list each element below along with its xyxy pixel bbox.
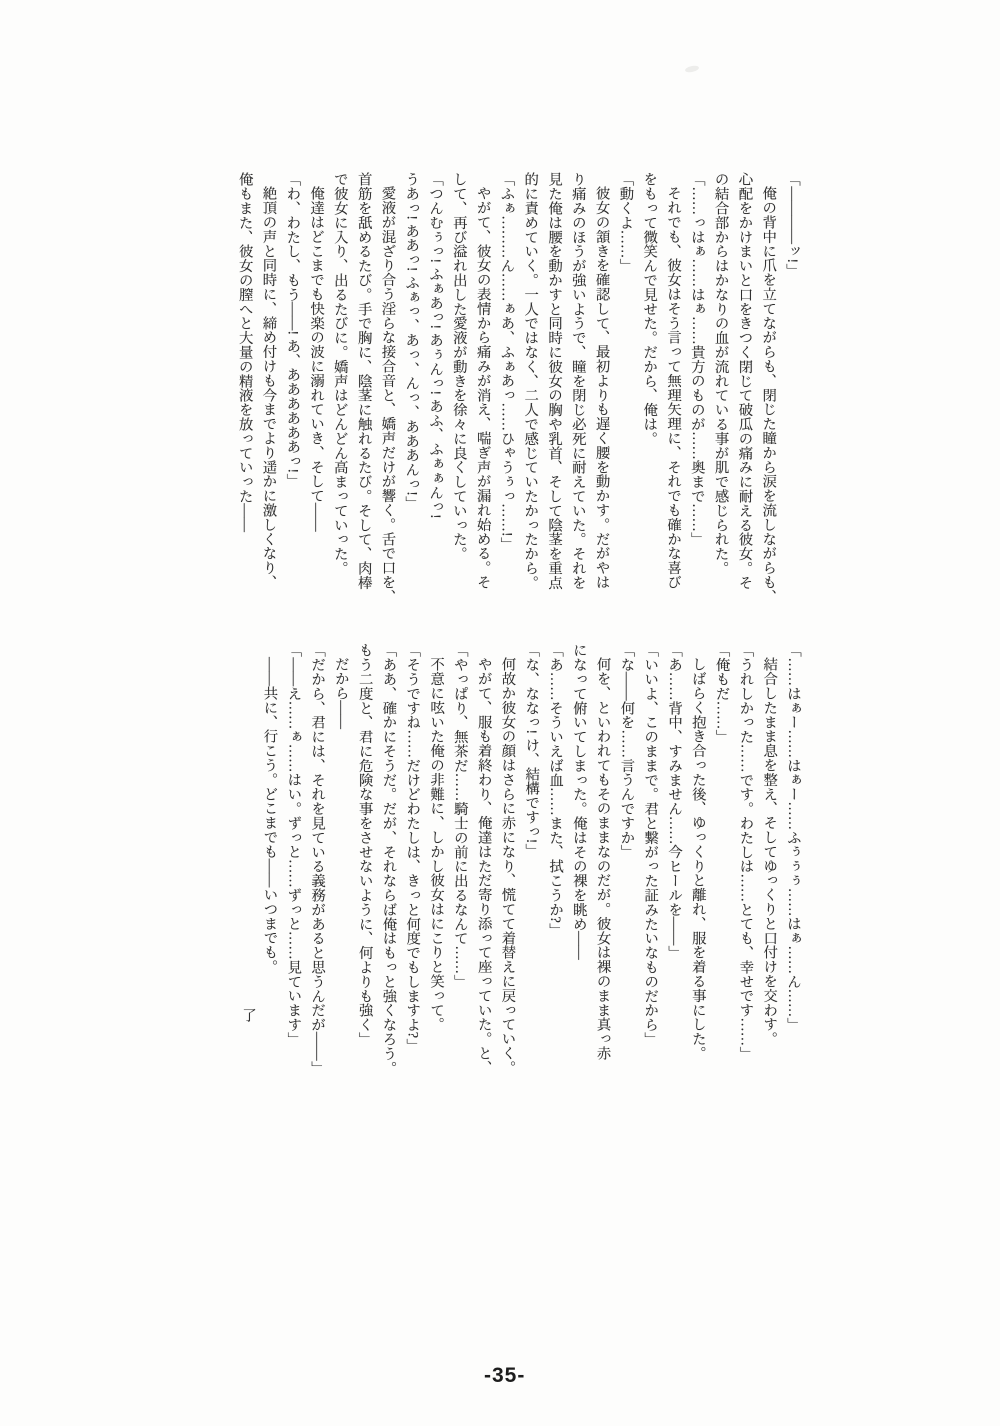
text-column-22: 「わ、わたし、もう――! あ、ああああああっ!」: [279, 172, 303, 614]
text-column-8: 「な――何を……言うんですか」: [614, 643, 638, 1085]
text-column-4: の結合部からはかなりの血が流れている事が肌で感じられた。: [708, 172, 732, 614]
text-column-3: 「うれしかった……です。わたしは……とても、幸せです……」: [733, 643, 757, 1085]
text-column-16: 「つんむぅっ! ふぁあっ! あぅんっ! あふ、ふぁぁんっ!: [422, 172, 446, 614]
upper-text-block: 「――――ッ!」俺の背中に爪を立てながらも、閉じた瞳から涙を流しながらも、心配を…: [231, 172, 803, 614]
text-column-2: 俺の背中に爪を立てながらも、閉じた瞳から涙を流しながらも、: [755, 172, 779, 614]
text-column-5: 「……っはぁ……はぁ……貴方のものが……奥まで……」: [684, 172, 708, 614]
text-column-11: 「あ……そういえば血……また、拭こうか?」: [542, 643, 566, 1085]
text-column-16: 不意に呟いた俺の非難に、しかし彼女はにこりと笑って。: [423, 643, 447, 1085]
text-column-10: り痛みのほうが強いようで、瞳を閉じ必死に耐えていた。それを: [565, 172, 589, 614]
text-column-23: ――共に、行こう。どこまでも――いつまでも。: [257, 643, 281, 1085]
text-column-20: だから――: [328, 643, 352, 1085]
text-column-17: 「そうですね……だけどわたしは、きっと何度でもしますよ?」: [399, 643, 423, 1085]
text-column-1: 「――――ッ!」: [779, 172, 803, 614]
text-column-5: しばらく抱き合った後、ゆっくりと離れ、服を着る事にした。: [685, 643, 709, 1085]
text-column-19: 首筋を舐めるたび。手で胸に、陰茎に触れるたび。そして、肉棒: [351, 172, 375, 614]
text-column-21: 俺達はどこまでも快楽の波に溺れていき、そして――: [303, 172, 327, 614]
text-column-23: 絶頂の声と同時に、締め付けも今までより遥かに激しくなり、: [256, 172, 280, 614]
end-mark: 了: [238, 1008, 259, 1022]
page-number: -35-: [484, 1364, 525, 1388]
text-column-15: 「やっぱり、無茶だ……騎士の前に出るなんて……」: [447, 643, 471, 1085]
text-column-13: 何故か彼女の顔はさらに赤になり、慌てて着替えに戻っていく。: [495, 643, 519, 1085]
text-column-14: やがて、彼女の表情から痛みが消え、喘ぎ声が漏れ始める。そ: [470, 172, 494, 614]
text-column-18: 愛液が混ざり合う淫らな接合音と、嬌声だけが響く。舌で口を、: [375, 172, 399, 614]
text-column-11: 見た俺は腰を動かすと同時に彼女の胸や乳首、そして陰茎を重点: [541, 172, 565, 614]
lower-text-block: 「……はぁー……はぁー……ふぅぅぅ……はぁ……ん……」結合したまま息を整え、そし…: [256, 643, 804, 1085]
text-column-21: 「だから、君には、それを見ている義務があると思うんだが――」: [304, 643, 328, 1085]
text-column-4: 「俺もだ……」: [709, 643, 733, 1085]
text-column-24: 俺もまた、彼女の膣へと大量の精液を放っていった――: [232, 172, 256, 614]
text-column-6: 「あ……背中、すみません……今ヒールを――」: [661, 643, 685, 1085]
text-column-10: になって俯いてしまった。俺はその裸を眺め――: [566, 643, 590, 1085]
text-column-3: 心配をかけまいと口をきつく閉じて破瓜の痛みに耐える彼女。そ: [732, 172, 756, 614]
text-column-12: 「な、ななっ! け、結構ですっ!」: [518, 643, 542, 1085]
text-column-9: 何を、といわれてもそのままなのだが。彼女は裸のまま真っ赤: [590, 643, 614, 1085]
text-column-6: それでも、彼女はそう言って無理矢理に、それでも確かな喜び: [660, 172, 684, 614]
text-column-13: 「ふぁ………ん……ぁあ、ふぁあっ……ひゃうぅっ……!」: [494, 172, 518, 614]
scanned-novel-page: 「――――ッ!」俺の背中に爪を立てながらも、閉じた瞳から涙を流しながらも、心配を…: [0, 0, 1000, 1426]
text-column-17: うあっ! ああっ! ふぁっ、あっ、んっ、あああんっ!」: [398, 172, 422, 614]
text-column-22: 「――え……ぁ……はい。ずっと……ずっと……見ています」: [280, 643, 304, 1085]
text-column-18: 「ああ、確かにそうだ。だが、それならば俺はもっと強くなろう。: [376, 643, 400, 1085]
scan-artifact: [685, 65, 700, 74]
text-column-9: 彼女の頷きを確認して、最初よりも遅く腰を動かす。だがやは: [589, 172, 613, 614]
text-column-1: 「……はぁー……はぁー……ふぅぅぅ……はぁ……ん……」: [780, 643, 804, 1085]
text-column-7: 「いいよ、このままで。君と繋がった証みたいなものだから」: [637, 643, 661, 1085]
text-column-2: 結合したまま息を整え、そしてゆっくりと口付けを交わす。: [756, 643, 780, 1085]
text-column-20: で彼女に入り、出るたびに。嬌声はどんどん高まっていった。: [327, 172, 351, 614]
text-column-14: やがて、服も着終わり、俺達はただ寄り添って座っていた。と、: [471, 643, 495, 1085]
text-column-7: をもって微笑んで見せた。だから、俺は。: [636, 172, 660, 614]
text-column-8: 「動くよ……」: [613, 172, 637, 614]
text-column-15: して、再び溢れ出した愛液が動きを徐々に良くしていった。: [446, 172, 470, 614]
text-column-19: もう二度と、君に危険な事をさせないように、何よりも強く」: [352, 643, 376, 1085]
text-column-12: 的に責めていく。一人ではなく、二人で感じていたかったから。: [517, 172, 541, 614]
